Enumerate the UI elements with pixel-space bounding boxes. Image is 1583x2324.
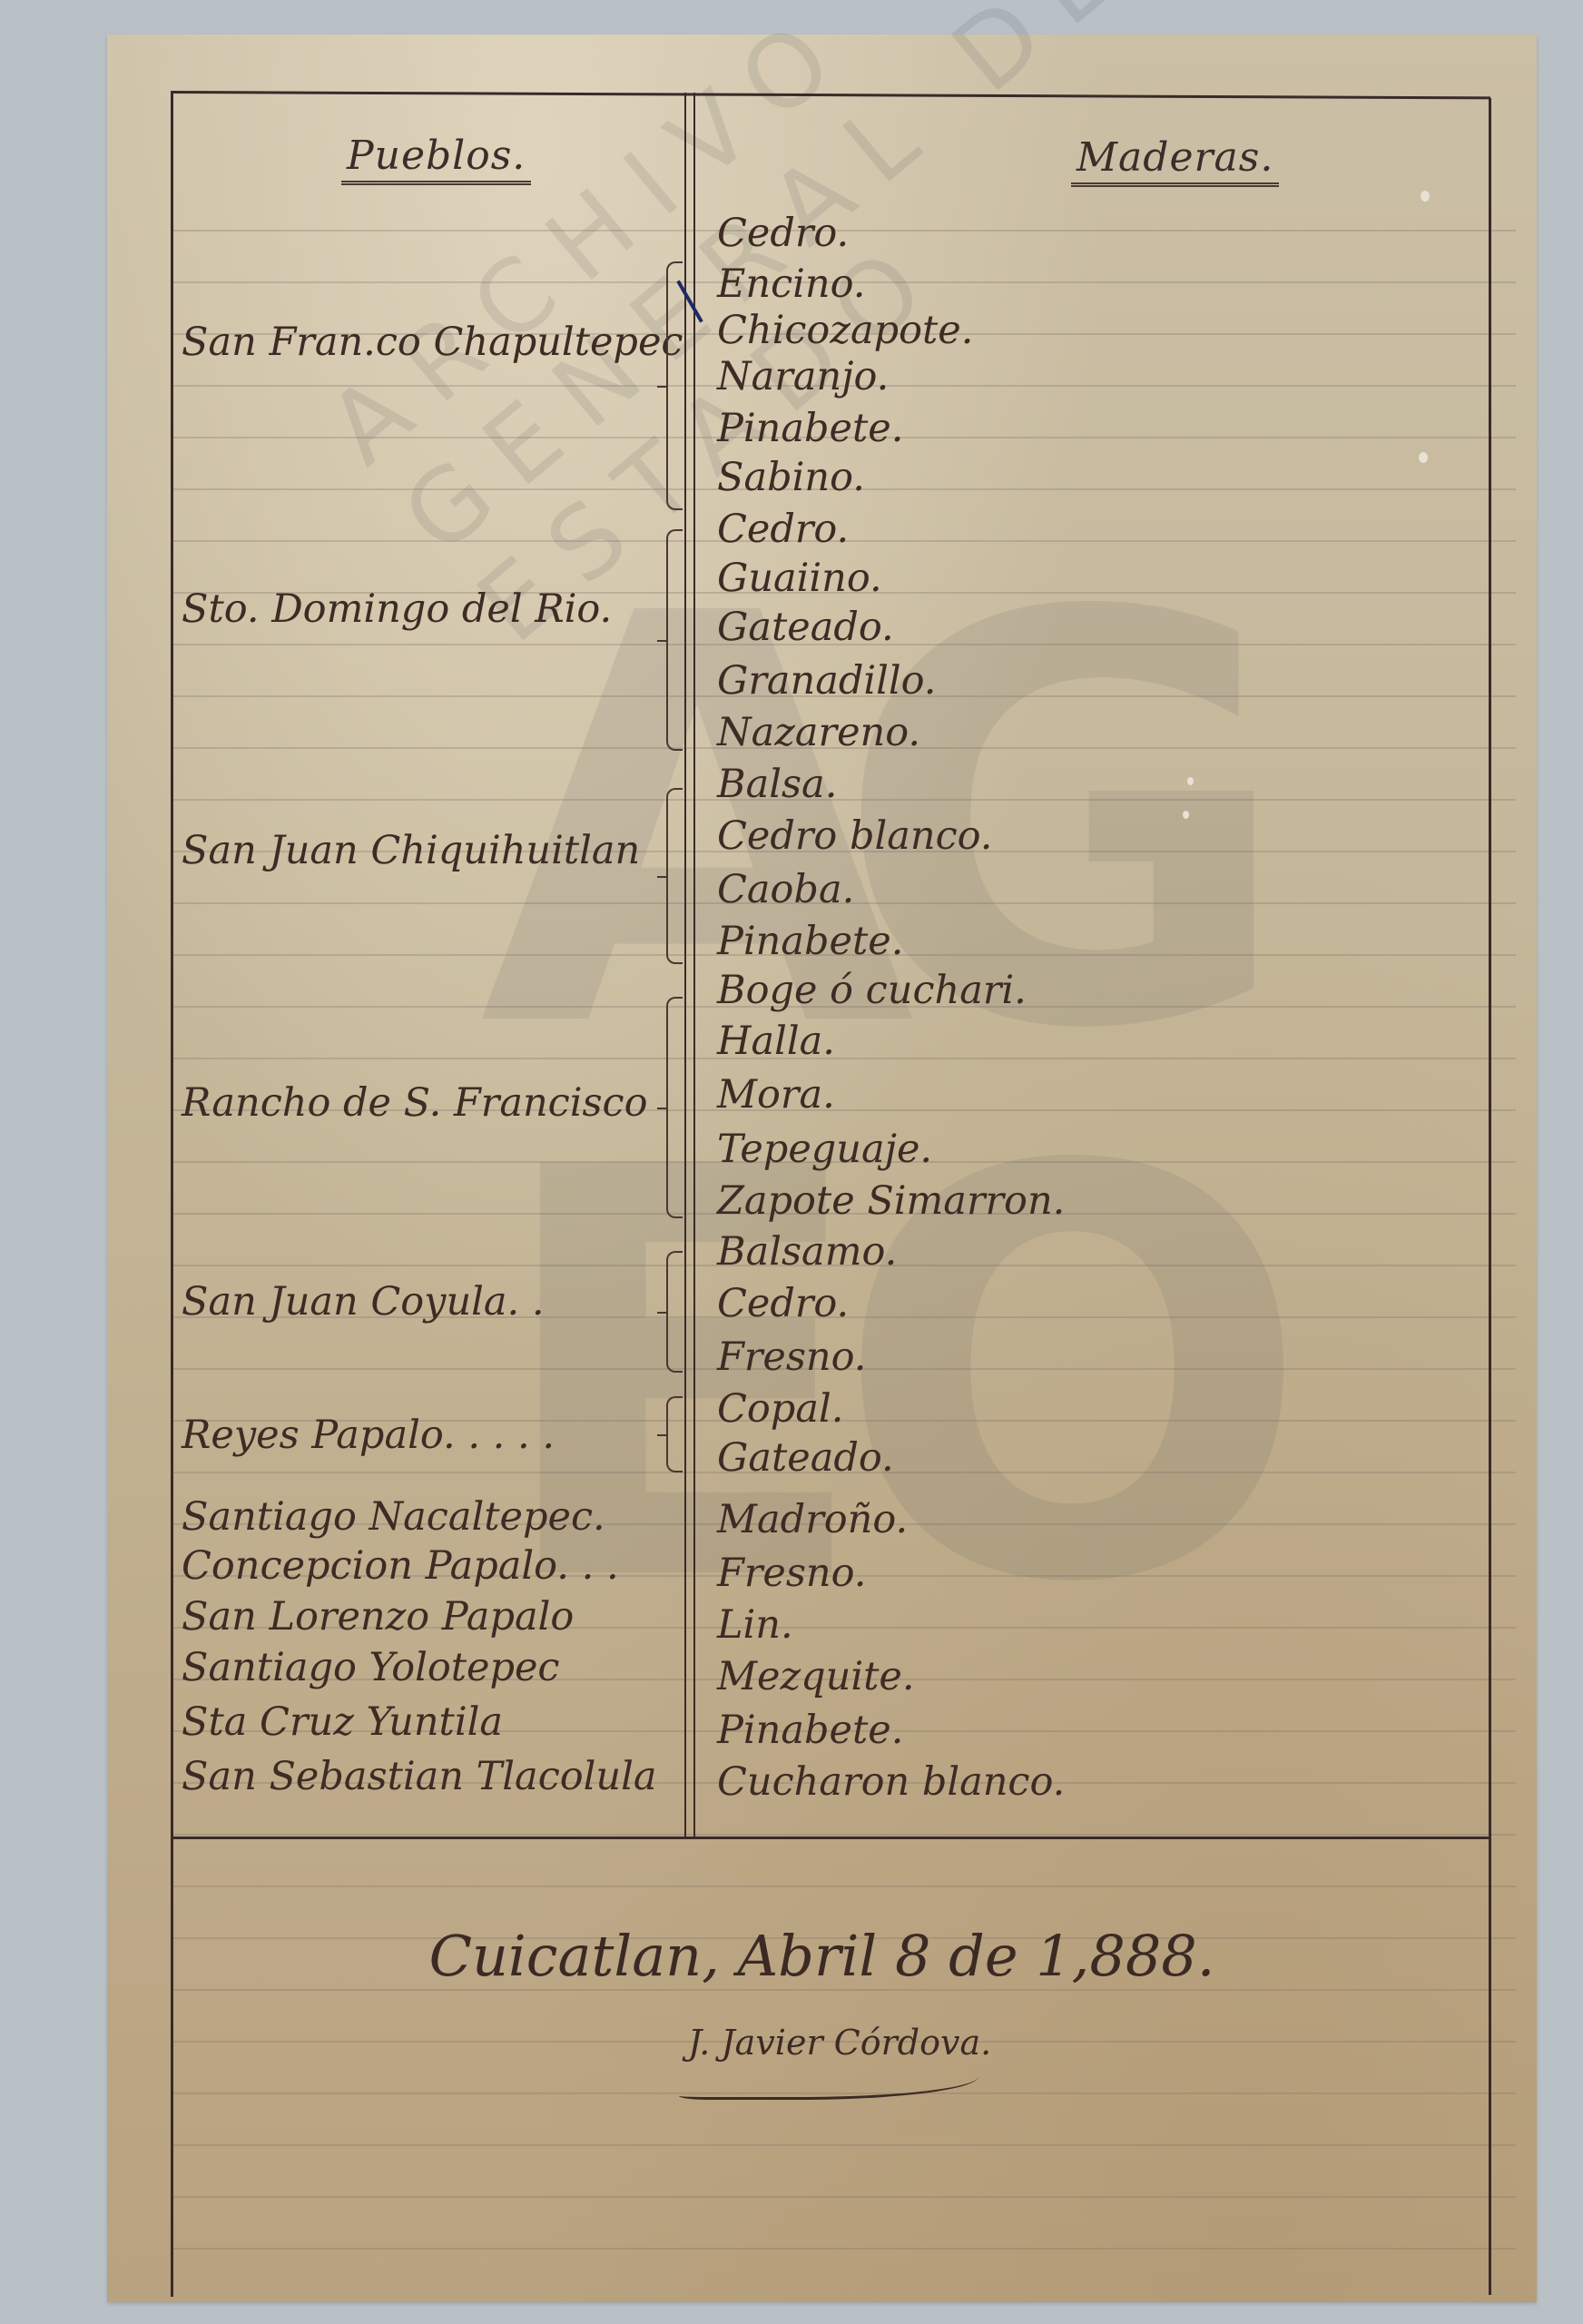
madera-entry: Tepeguaje. [717,1130,932,1169]
madera-entry: Guaiino. [717,559,882,598]
madera-entry: Cedro. [717,214,849,253]
madera-entry: Halla. [717,1022,835,1061]
madera-entry: Mezquite. [717,1658,915,1697]
madera-entry: Cedro blanco. [717,817,992,856]
punch-hole [1187,777,1194,785]
madera-entry: Copal. [717,1390,843,1429]
table-top-border [172,91,1490,99]
madera-entry: Balsa. [717,765,837,804]
group-brace [666,997,683,1218]
madera-entry: Pinabete. [717,1711,903,1750]
madera-entry: Madroño. [717,1501,908,1540]
pueblo-entry: Concepcion Papalo. . . [182,1547,619,1586]
pueblo-entry: San Sebastian Tlacolula [182,1758,657,1797]
pueblo-entry: San Fran.co Chapultepec [182,323,683,362]
madera-entry: Gateado. [717,1439,894,1478]
table-bottom-border [172,1837,1490,1839]
document-paper: A G E O ARCHIVO GENERAL DEL ESTADO Puebl… [107,34,1537,2302]
madera-entry: Naranjo. [717,358,889,397]
group-brace [666,788,683,964]
group-brace [666,1396,683,1472]
madera-entry: Granadillo. [717,662,936,701]
punch-hole [1183,811,1189,819]
signature: J. Javier Córdova. [688,2023,991,2063]
madera-entry: Cucharon blanco. [717,1763,1065,1802]
pueblo-entry: San Juan Coyula. . [182,1283,545,1322]
punch-hole [1419,452,1428,463]
madera-entry: Zapote Simarron. [717,1182,1065,1221]
punch-hole [1421,191,1430,202]
madera-entry: Cedro. [717,1285,849,1324]
group-brace [666,529,683,751]
pueblo-entry: Rancho de S. Francisco [182,1084,648,1123]
madera-entry: Gateado. [717,608,894,647]
madera-entry: Balsamo. [717,1233,897,1272]
pueblo-entry: Sto. Domingo del Rio. [182,590,612,629]
group-brace [666,1251,683,1373]
madera-entry: Chicozapote. [717,311,973,350]
pueblo-entry: Sta Cruz Yuntila [182,1703,503,1742]
pueblo-entry: Santiago Yolotepec [182,1649,560,1688]
pueblo-entry: San Lorenzo Papalo [182,1598,574,1637]
madera-entry: Nazareno. [717,714,920,753]
header-pueblos: Pueblos. [341,133,531,185]
madera-entry: Boge ó cuchari. [717,971,1027,1010]
pueblo-entry: Santiago Nacaltepec. [182,1498,605,1537]
madera-entry: Lin. [717,1606,793,1645]
madera-entry: Mora. [717,1076,835,1115]
place-and-date: Cuicatlan, Abril 8 de 1,888. [107,1923,1537,1989]
madera-entry: Pinabete. [717,409,903,448]
madera-entry: Encino. [717,265,865,304]
madera-entry: Pinabete. [717,922,903,961]
madera-entry: Sabino. [717,458,865,497]
madera-entry: Fresno. [717,1338,866,1377]
madera-entry: Caoba. [717,871,854,910]
pueblo-entry: San Juan Chiquihuitlan [182,832,640,871]
header-maderas: Maderas. [1071,134,1279,187]
column-divider [684,93,695,1837]
group-brace [666,261,683,510]
madera-entry: Fresno. [717,1554,866,1593]
pueblo-entry: Reyes Papalo. . . . . [182,1416,555,1455]
madera-entry: Cedro. [717,510,849,549]
